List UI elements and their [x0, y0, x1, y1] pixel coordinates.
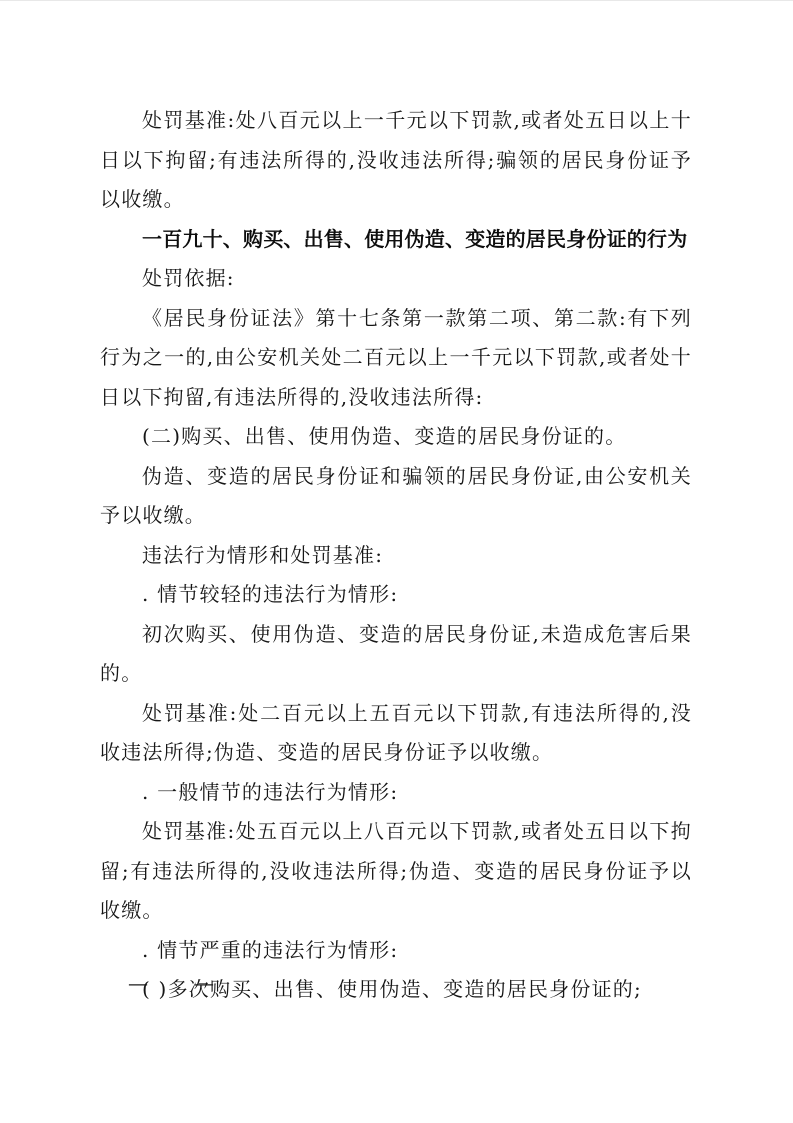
document-body: 处罚基准:处八百元以上一千元以下罚款,或者处五日以上十日以下拘留;有违法所得的,…	[100, 101, 692, 1010]
paragraph: 初次购买、使用伪造、变造的居民身份证,未造成危害后果的。	[100, 615, 692, 694]
paragraph: . 一般情节的违法行为情形:	[100, 773, 692, 813]
paragraph: 处罚基准:处二百元以上五百元以下罚款,有违法所得的,没收违法所得;伪造、变造的居…	[100, 694, 692, 773]
section-heading: 一百九十、购买、出售、使用伪造、变造的居民身份证的行为	[100, 220, 692, 260]
paragraph: . 情节较轻的违法行为情形:	[100, 575, 692, 615]
page-footer: ——	[128, 964, 214, 1003]
paragraph: 伪造、变造的居民身份证和骗领的居民身份证,由公安机关予以收缴。	[100, 457, 692, 536]
footer-dash-right: —	[194, 964, 214, 1003]
paragraph: (二)购买、出售、使用伪造、变造的居民身份证的。	[100, 417, 692, 457]
paragraph: 处罚基准:处八百元以上一千元以下罚款,或者处五日以上十日以下拘留;有违法所得的,…	[100, 101, 692, 220]
paragraph: 处罚基准:处五百元以上八百元以下罚款,或者处五日以下拘留;有违法所得的,没收违法…	[100, 812, 692, 931]
paragraph: 违法行为情形和处罚基准:	[100, 536, 692, 576]
paragraph: 《居民身份证法》第十七条第一款第二项、第二款:有下列行为之一的,由公安机关处二百…	[100, 299, 692, 418]
document-page: 处罚基准:处八百元以上一千元以下罚款,或者处五日以上十日以下拘留;有违法所得的,…	[0, 0, 793, 1123]
footer-dash-left: —	[128, 964, 148, 1003]
paragraph: 处罚依据:	[100, 259, 692, 299]
